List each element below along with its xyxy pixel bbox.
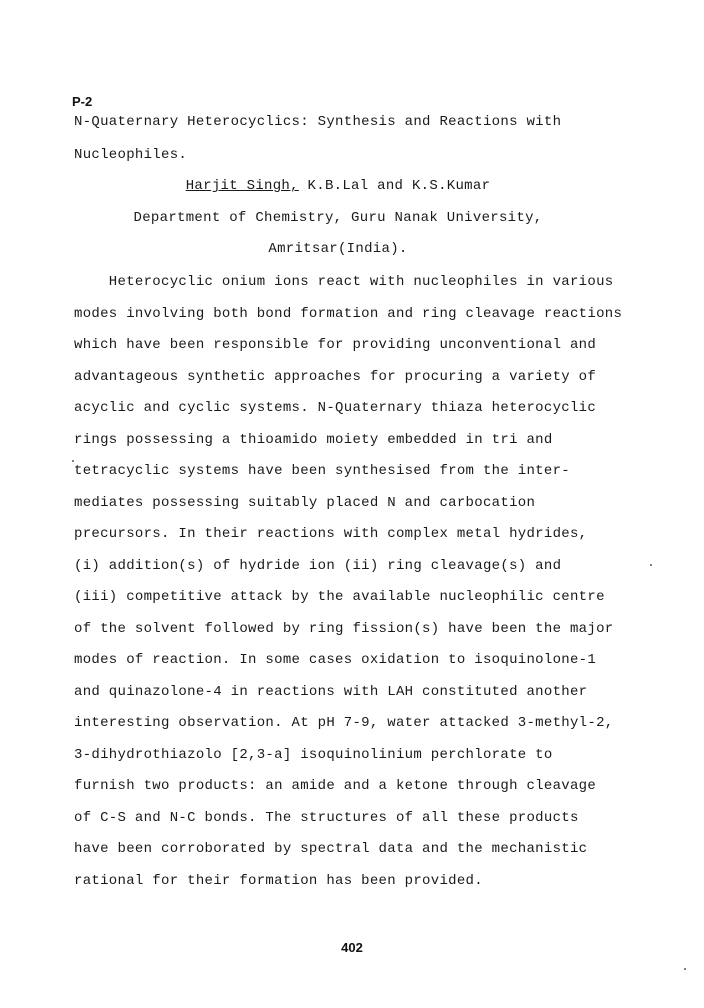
abstract-line: interesting observation. At pH 7-9, wate… [74,715,613,731]
title-line-1: N-Quaternary Heterocyclics: Synthesis an… [74,114,561,130]
scan-speck [650,564,652,566]
abstract-line: which have been responsible for providin… [74,337,596,353]
abstract-line: furnish two products: an amide and a ket… [74,778,596,794]
abstract-line: Heterocyclic onium ions react with nucle… [74,274,613,290]
abstract-line: have been corroborated by spectral data … [74,841,587,857]
abstract-line: modes involving both bond formation and … [74,306,622,322]
document-page: P-2 N-Quaternary Heterocyclics: Synthesi… [0,0,704,1008]
title-line-2: Nucleophiles. [74,147,187,163]
co-authors: K.B.Lal and K.S.Kumar [299,178,490,194]
abstract-line: acyclic and cyclic systems. N-Quaternary… [74,400,596,416]
abstract-line: of the solvent followed by ring fission(… [74,621,613,637]
affiliation-line-2: Amritsar(India). [0,241,690,257]
abstract-line: precursors. In their reactions with comp… [74,526,587,542]
abstract-code: P-2 [72,94,92,109]
abstract-line: and quinazolone-4 in reactions with LAH … [74,684,587,700]
abstract-line: rational for their formation has been pr… [74,873,483,889]
abstract-line: (iii) competitive attack by the availabl… [74,589,605,605]
affiliation-line-1: Department of Chemistry, Guru Nanak Univ… [0,210,690,226]
abstract-line: 3-dihydrothiazolo [2,3-a] isoquinolinium… [74,747,553,763]
abstract-line: mediates possessing suitably placed N an… [74,495,535,511]
abstract-line: rings possessing a thioamido moiety embe… [74,432,553,448]
abstract-line: modes of reaction. In some cases oxidati… [74,652,596,668]
authors: Harjit Singh, K.B.Lal and K.S.Kumar [0,178,690,194]
abstract-line: (i) addition(s) of hydride ion (ii) ring… [74,558,561,574]
abstract-line: of C-S and N-C bonds. The structures of … [74,810,579,826]
abstract-line: tetracyclic systems have been synthesise… [74,463,570,479]
scan-speck [684,968,686,970]
presenting-author: Harjit Singh, [186,178,299,194]
abstract-line: advantageous synthetic approaches for pr… [74,369,596,385]
page-number: 402 [0,940,704,955]
scan-speck [72,460,74,462]
